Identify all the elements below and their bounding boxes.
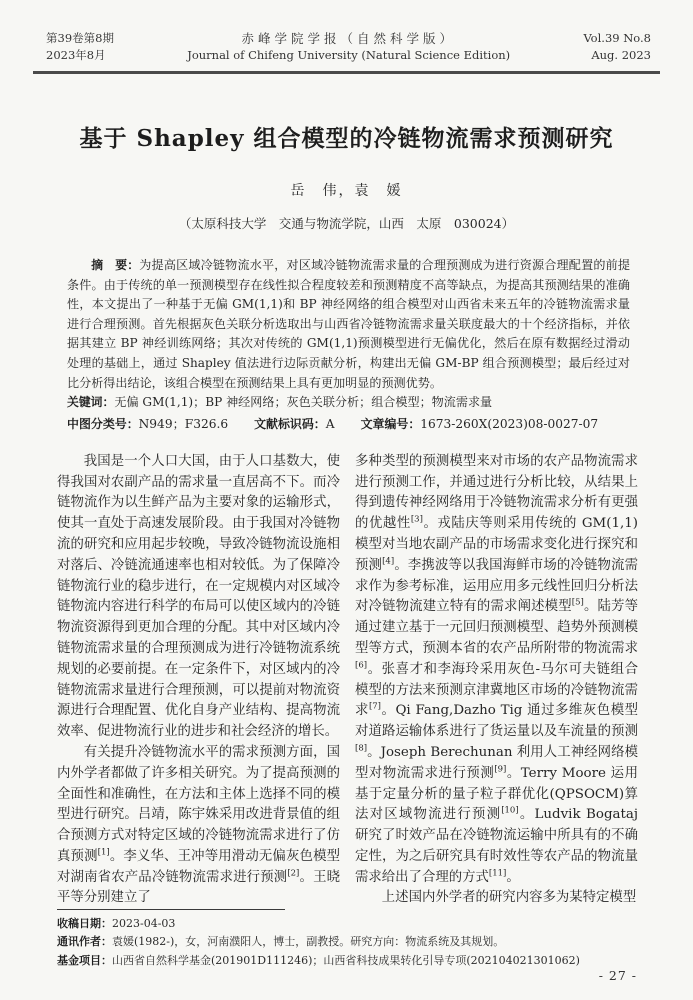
header-issue-info: 第39卷第8期 2023年8月 [46,30,114,64]
citation-ref: [7] [369,702,381,712]
doc-code-label: 文献标识码： [254,417,326,431]
header-divider [33,71,660,74]
footnote-text: 2023-04-03 [112,917,175,930]
doc-code-value: A [326,417,335,431]
affiliation: （太原科技大学 交通与物流学院，山西 太原 030024） [0,214,693,232]
abstract-label: 摘 要： [91,258,139,272]
citation-ref: [1] [98,847,110,857]
citation-ref: [2] [287,868,299,878]
abstract-text: 为提高区域冷链物流水平，对区域冷链物流需求量的合理预测成为进行资源合理配置的前提… [67,258,630,390]
footnote-text: 山西省自然科学基金(201901D111246)；山西省科技成果转化引导专项(2… [112,954,580,967]
article-id-value: 1673-260X(2023)08-0027-07 [420,417,598,431]
page-number: - 27 - [599,968,637,983]
footnote-divider [57,909,285,910]
journal-name-en: Journal of Chifeng University (Natural S… [187,47,510,64]
authors: 岳 伟，袁 媛 [0,180,693,200]
citation-ref: [10] [501,806,518,816]
citation-ref: [3] [411,515,423,525]
abstract: 摘 要：为提高区域冷链物流水平，对区域冷链物流需求量的合理预测成为进行资源合理配… [67,256,630,393]
journal-name-cn: 赤峰学院学报（自然科学版） [187,30,510,47]
article-id-pair: 文章编号：1673-260X(2023)08-0027-07 [361,417,599,431]
issue-date-en: Aug. 2023 [583,47,651,64]
footnote-label: 通讯作者： [57,935,112,948]
journal-header: 第39卷第8期 2023年8月 赤峰学院学报（自然科学版） Journal of… [0,0,693,64]
journal-name-block: 赤峰学院学报（自然科学版） Journal of Chifeng Univers… [187,30,510,64]
footnote-text: 袁媛(1982-)，女，河南濮阳人，博士，副教授。研究方向：物流系统及其规划。 [112,935,504,948]
body-paragraph: 我国是一个人口大国，由于人口基数大，使得我国对农副产品的需求量一直居高不下。而冷… [57,452,340,743]
doc-code-pair: 文献标识码：A [254,417,334,431]
footnote-corresponding-author: 通讯作者：袁媛(1982-)，女，河南濮阳人，博士，副教授。研究方向：物流系统及… [57,933,651,952]
body-paragraph: 多种类型的预测模型来对市场的农产品物流需求进行预测工作，并通过进行分析比较，从结… [355,452,638,889]
header-vol-no: Vol.39 No.8 Aug. 2023 [583,30,651,64]
citation-ref: [6] [355,660,367,670]
keywords-line: 关键词：无偏 GM(1,1)；BP 神经网络；灰色关联分析；组合模型；物流需求量 [67,393,630,413]
body-paragraph: 上述国内外学者的研究内容多为某特定模型 [355,888,638,901]
footnote-label: 收稿日期： [57,917,112,930]
page-title: 基于 Shapley 组合模型的冷链物流需求预测研究 [30,120,663,153]
citation-ref: [9] [494,764,506,774]
paper-page: 第39卷第8期 2023年8月 赤峰学院学报（自然科学版） Journal of… [0,0,693,1000]
footnote-label: 基金项目： [57,954,112,967]
meta-line: 中图分类号：N949；F326.6文献标识码：A文章编号：1673-260X(2… [67,414,630,435]
footnote-funding: 基金项目：山西省自然科学基金(201901D111246)；山西省科技成果转化引… [57,952,651,971]
keywords-label: 关键词： [67,395,114,409]
clc-value: N949；F326.6 [139,417,228,431]
citation-ref: [5] [572,598,584,608]
article-id-label: 文章编号： [361,417,421,431]
volume-issue: 第39卷第8期 [46,30,114,47]
vol-no-en: Vol.39 No.8 [583,30,651,47]
citation-ref: [4] [382,556,394,566]
keywords-text: 无偏 GM(1,1)；BP 神经网络；灰色关联分析；组合模型；物流需求量 [114,395,492,409]
issue-date-cn: 2023年8月 [46,47,114,64]
clc-pair: 中图分类号：N949；F326.6 [67,417,228,431]
right-column: 多种类型的预测模型来对市场的农产品物流需求进行预测工作，并通过进行分析比较，从结… [355,452,638,902]
footnotes: 收稿日期：2023-04-03 通讯作者：袁媛(1982-)，女，河南濮阳人，博… [57,915,651,971]
footnote-received-date: 收稿日期：2023-04-03 [57,915,651,934]
body-columns: 我国是一个人口大国，由于人口基数大，使得我国对农副产品的需求量一直居高不下。而冷… [57,452,638,902]
clc-label: 中图分类号： [67,417,139,431]
citation-ref: [8] [355,743,367,753]
body-paragraph: 有关提升冷链物流水平的需求预测方面，国内外学者都做了许多相关研究。为了提高预测的… [57,743,340,902]
left-column: 我国是一个人口大国，由于人口基数大，使得我国对农副产品的需求量一直居高不下。而冷… [57,452,340,902]
citation-ref: [11] [489,868,506,878]
